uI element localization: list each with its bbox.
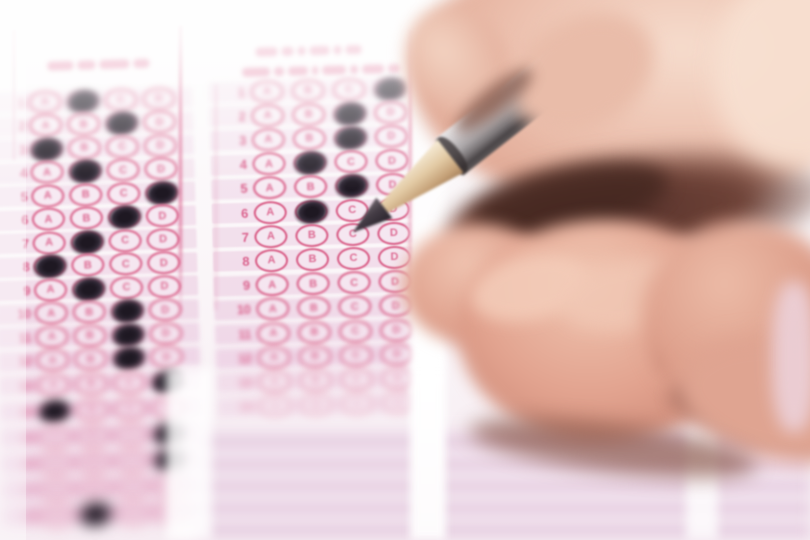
blurred-text-segment	[47, 61, 73, 71]
sheet-behind-hand	[772, 282, 810, 432]
bubble-option-b: B	[298, 344, 332, 368]
bubble-option-b: B	[73, 323, 107, 347]
row-stripe	[0, 422, 203, 448]
answer-row-middle-9: 9ABCD	[227, 268, 414, 299]
bubble-option-b: B	[300, 393, 334, 417]
pencil-mark	[33, 394, 76, 429]
bubble-option-a: A	[31, 184, 65, 208]
bubble-option-d: D	[153, 447, 187, 471]
answer-row-left-1: 1ABCD	[8, 84, 191, 115]
bubble-option-a: A	[38, 425, 72, 449]
bubble-option-c: C	[339, 319, 373, 343]
row-stripe	[217, 392, 417, 417]
hand-shadow	[466, 407, 760, 490]
bubble-option-a: A	[252, 152, 286, 176]
pencil-wood-cone	[367, 140, 464, 229]
question-number: 9	[14, 283, 30, 298]
bubble-option-b: B	[68, 159, 102, 183]
bubble-option-a: A	[255, 273, 289, 297]
question-number: 12	[229, 350, 251, 366]
bubble-option-b: B	[76, 423, 110, 447]
answer-row-left-7: 7ABCD	[12, 225, 195, 256]
answer-row-left-15: 15ABCD	[18, 419, 201, 450]
row-stripe	[215, 344, 415, 369]
bubble-option-c: C	[104, 87, 138, 111]
bubble-option-b: B	[68, 136, 102, 160]
blurred-text-segment	[77, 60, 95, 70]
blurred-header-text	[255, 41, 365, 62]
question-number: 8	[13, 259, 29, 274]
bubble-option-d: D	[380, 342, 414, 366]
bubble-option-b: B	[71, 253, 105, 277]
pencil-mark	[330, 121, 372, 155]
blurred-text-segment	[297, 46, 305, 55]
white-gutter	[166, 368, 212, 540]
row-stripe	[210, 126, 410, 151]
answer-row-left-17: 17ABCD	[20, 471, 203, 502]
blurred-text-segment	[322, 65, 346, 75]
bubble-option-b: B	[77, 449, 111, 473]
bubble-option-a: A	[36, 348, 70, 372]
bubble-option-a: A	[250, 79, 284, 103]
bubble-option-d: D	[144, 157, 178, 181]
bubble-option-a: A	[33, 254, 67, 278]
row-stripe	[0, 322, 200, 348]
bubble-option-c: C	[335, 174, 369, 198]
answer-row-middle-13: 13ABCD	[230, 365, 417, 396]
bubble-option-d: D	[378, 245, 412, 269]
bubble-option-b: B	[70, 229, 104, 253]
bubble-option-a: A	[37, 373, 71, 397]
bubble-option-c: C	[339, 343, 373, 367]
answer-row-left-16: 16ABCD	[19, 445, 202, 476]
knuckle-highlight	[465, 244, 596, 332]
bubble-option-b: B	[66, 89, 100, 113]
pencil-mark	[291, 194, 333, 228]
pencil-mark	[104, 200, 147, 235]
bubble-option-b: B	[75, 371, 109, 395]
bubble-option-c: C	[110, 299, 144, 323]
blurred-text-segment	[255, 47, 277, 57]
bubble-option-c: C	[338, 295, 372, 319]
pencil-mark	[108, 341, 151, 376]
question-number: 18	[21, 508, 37, 523]
row-stripe	[0, 370, 201, 396]
row-stripe	[0, 181, 195, 207]
blurred-text-segment	[312, 66, 318, 75]
pencil-mark	[107, 317, 150, 352]
index-fingertip	[385, 0, 530, 137]
bubble-option-a: A	[34, 301, 68, 325]
bubble-option-d: D	[148, 298, 182, 322]
bubble-option-a: A	[32, 231, 66, 255]
row-stripe	[0, 134, 194, 160]
shadow-under-fingers	[442, 127, 810, 295]
bubble-option-d: D	[373, 76, 407, 100]
bubble-option-c: C	[340, 367, 374, 391]
bubble-option-d: D	[375, 149, 409, 173]
answer-row-middle-7: 7ABCD	[226, 220, 413, 251]
blurred-text-segment	[388, 64, 400, 73]
answer-row-left-13: 13ABCD	[16, 367, 199, 398]
blurred-header-text	[242, 60, 404, 82]
answer-row-left-18: 18ABCD	[20, 497, 203, 528]
answer-row-left-6: 6ABCD	[12, 202, 195, 233]
middle-knuckle	[458, 220, 750, 442]
row-stripe	[208, 78, 408, 103]
question-number: 16	[19, 456, 35, 471]
bubble-option-a: A	[251, 103, 285, 127]
bubble-option-c: C	[114, 422, 148, 446]
pencil-mark	[62, 84, 105, 119]
question-number: 9	[227, 278, 249, 294]
row-stripe	[214, 295, 414, 320]
bubble-option-a: A	[28, 90, 62, 114]
index-knuckle	[402, 224, 554, 346]
answer-row-middle-4: 4ABCD	[224, 147, 411, 178]
question-number: 6	[226, 205, 248, 221]
bubble-option-b: B	[296, 272, 330, 296]
question-number: 1	[222, 84, 244, 100]
bubble-option-a: A	[255, 249, 289, 273]
row-stripe	[0, 275, 198, 301]
bubble-option-d: D	[377, 221, 411, 245]
hand-highlight	[712, 0, 810, 170]
bubble-option-c: C	[110, 275, 144, 299]
bubble-option-a: A	[32, 207, 66, 231]
bubble-option-c: C	[112, 370, 146, 394]
bubble-option-b: B	[291, 78, 325, 102]
answer-column-left: 1ABCD2ABCD3ABCD4ABCD5ABCD6ABCD7ABCD8ABCD…	[6, 0, 204, 540]
row-stripe	[0, 111, 193, 137]
pencil-mark	[74, 497, 117, 532]
pencil-graphite-tip	[345, 198, 393, 243]
blurred-text-segment	[242, 67, 270, 77]
bubble-option-d: D	[382, 391, 416, 415]
bubble-option-c: C	[105, 111, 139, 135]
question-number: 2	[223, 109, 245, 125]
question-number: 12	[16, 353, 32, 368]
knuckle-highlight	[555, 248, 705, 341]
question-number: 5	[11, 189, 27, 204]
bubble-option-a: A	[40, 502, 74, 526]
pencil-mark	[147, 364, 190, 399]
bubble-option-a: A	[259, 394, 293, 418]
answer-row-left-12: 12ABCD	[16, 343, 199, 374]
bubble-option-b: B	[298, 320, 332, 344]
bubble-option-b: B	[294, 175, 328, 199]
bubble-option-d: D	[146, 227, 180, 251]
row-stripe	[212, 223, 412, 248]
bubble-option-c: C	[336, 222, 370, 246]
knuckle-crease	[666, 374, 810, 461]
answer-row-middle-5: 5ABCD	[225, 171, 412, 202]
bubble-option-d: D	[376, 173, 410, 197]
answer-row-middle-14: 14ABCD	[231, 389, 418, 420]
answer-row-left-4: 4ABCD	[10, 155, 193, 186]
bubble-option-d: D	[381, 366, 415, 390]
bubble-option-c: C	[337, 246, 371, 270]
bubble-option-a: A	[257, 321, 291, 345]
bubble-option-b: B	[75, 397, 109, 421]
bubble-option-d: D	[142, 86, 176, 110]
bubble-option-c: C	[106, 158, 140, 182]
ring-knuckle	[642, 222, 810, 414]
blurred-text-segment	[288, 66, 308, 76]
bubble-option-d: D	[150, 369, 184, 393]
question-number: 14	[17, 404, 33, 419]
pencil-mark	[289, 146, 331, 180]
pencil-mark	[101, 106, 144, 141]
answer-column-middle: 1ABCD2ABCD3ABCD4ABCD5ABCD6ABCD7ABCD8ABCD…	[220, 0, 420, 540]
blurred-text-segment	[274, 67, 284, 76]
pencil-mark	[331, 169, 373, 203]
answer-row-middle-2: 2ABCD	[223, 99, 410, 130]
bubble-option-d: D	[143, 110, 177, 134]
bubble-option-c: C	[112, 346, 146, 370]
answer-row-left-14: 14ABCD	[17, 393, 200, 424]
bubble-option-a: A	[34, 278, 68, 302]
light-wash	[0, 0, 432, 190]
answer-row-middle-8: 8ABCD	[227, 244, 414, 275]
question-number: 10	[15, 306, 31, 321]
question-number: 4	[10, 165, 26, 180]
question-number: 1	[8, 95, 24, 110]
bubble-option-d: D	[147, 251, 181, 275]
answer-row-middle-11: 11ABCD	[229, 316, 416, 347]
bubble-option-c: C	[337, 271, 371, 295]
bubble-option-a: A	[257, 345, 291, 369]
bubble-option-b: B	[72, 276, 106, 300]
row-stripe	[0, 87, 193, 113]
bubble-option-c: C	[105, 134, 139, 158]
bubble-option-a: A	[253, 200, 287, 224]
row-stripe	[211, 174, 411, 199]
bubble-option-d: D	[376, 197, 410, 221]
blurred-text-segment	[99, 59, 129, 69]
pinky-finger	[667, 320, 810, 478]
bubble-option-b: B	[74, 347, 108, 371]
question-number: 10	[228, 302, 250, 318]
pencil-mark	[68, 272, 111, 307]
bubble-option-b: B	[293, 151, 327, 175]
bubble-option-b: B	[294, 199, 328, 223]
blurred-header-text	[47, 54, 153, 75]
bubble-option-d: D	[150, 345, 184, 369]
bubble-option-c: C	[108, 228, 142, 252]
bubble-option-a: A	[30, 137, 64, 161]
bubble-option-b: B	[78, 475, 112, 499]
bubble-option-c: C	[116, 474, 150, 498]
question-number: 17	[20, 482, 36, 497]
bubble-option-c: C	[113, 396, 147, 420]
row-stripe	[2, 500, 205, 526]
shadow-under-fingers	[465, 148, 674, 254]
bubble-option-d: D	[375, 124, 409, 148]
row-stripe	[216, 368, 416, 393]
knuckle-crease	[648, 216, 744, 376]
bubble-option-c: C	[115, 448, 149, 472]
bubble-option-b: B	[72, 300, 106, 324]
question-number: 3	[10, 142, 26, 157]
bubble-option-a: A	[29, 113, 63, 137]
bubble-option-d: D	[379, 294, 413, 318]
bubble-option-a: A	[252, 128, 286, 152]
pencil-mark	[148, 416, 191, 451]
column-separator-line	[409, 30, 412, 312]
white-gutter	[686, 428, 718, 540]
bubble-option-b: B	[292, 102, 326, 126]
index-finger	[491, 0, 676, 158]
row-stripe	[0, 396, 202, 422]
question-number: 11	[229, 326, 251, 342]
pencil-mark	[141, 175, 184, 210]
bubble-option-a: A	[258, 370, 292, 394]
bubble-option-b: B	[295, 223, 329, 247]
bubble-option-b: B	[67, 112, 101, 136]
hand-back	[412, 0, 810, 212]
question-number: 5	[225, 181, 247, 197]
question-number: 14	[231, 399, 253, 415]
bubble-option-c: C	[335, 198, 369, 222]
answer-row-left-9: 9ABCD	[14, 272, 197, 303]
row-stripe	[0, 228, 197, 254]
bubble-option-d: D	[154, 499, 188, 523]
bubble-option-d: D	[380, 318, 414, 342]
row-stripe	[0, 205, 196, 231]
question-number: 7	[12, 236, 28, 251]
pencil-mark	[369, 71, 411, 105]
bubble-option-b: B	[78, 501, 112, 525]
answer-row-middle-1: 1ABCD	[222, 75, 409, 106]
bubble-option-d: D	[143, 133, 177, 157]
bubble-option-c: C	[109, 252, 143, 276]
blurred-text-segment	[362, 64, 384, 74]
bubble-option-a: A	[256, 297, 290, 321]
pencil-mark	[149, 442, 192, 477]
bubble-option-b: B	[70, 206, 104, 230]
bubble-option-a: A	[254, 224, 288, 248]
bubble-option-b: B	[297, 296, 331, 320]
bubble-option-c: C	[332, 77, 366, 101]
blurred-text-segment	[345, 45, 361, 54]
question-number: 15	[18, 430, 34, 445]
row-stripe	[0, 299, 199, 325]
bubble-option-c: C	[111, 322, 145, 346]
answer-row-middle-6: 6ABCD	[225, 195, 412, 226]
answer-row-middle-3: 3ABCD	[224, 123, 411, 154]
bubble-option-c: C	[333, 101, 367, 125]
bubble-option-d: D	[151, 395, 185, 419]
blurred-text-segment	[309, 46, 329, 56]
answer-row-left-5: 5ABCD	[11, 178, 194, 209]
pencil-mark	[66, 225, 109, 260]
white-gutter	[410, 66, 446, 540]
bubble-option-d: D	[152, 421, 186, 445]
bubble-option-b: B	[293, 127, 327, 151]
row-stripe	[209, 102, 409, 127]
row-stripe	[0, 158, 195, 184]
row-stripe	[0, 252, 198, 278]
answer-row-middle-10: 10ABCD	[228, 292, 415, 323]
photo-scantron-scene: 1ABCD2ABCD3ABCD4ABCD5ABCD6ABCD7ABCD8ABCD…	[0, 0, 810, 540]
question-number: 13	[230, 375, 252, 391]
answer-row-left-8: 8ABCD	[13, 249, 196, 280]
question-number: 7	[226, 229, 248, 245]
bubble-option-d: D	[146, 204, 180, 228]
bubble-option-b: B	[296, 248, 330, 272]
row-stripe	[215, 319, 415, 344]
bubble-option-c: C	[334, 150, 368, 174]
question-number: 8	[227, 254, 249, 270]
bubble-option-c: C	[107, 181, 141, 205]
question-number: 4	[224, 157, 246, 173]
question-number: 6	[12, 212, 28, 227]
answer-row-middle-12: 12ABCD	[229, 341, 416, 372]
bubble-option-a: A	[30, 160, 64, 184]
column-separator-line	[179, 26, 182, 318]
column-separator-line	[215, 84, 217, 310]
question-number: 13	[17, 378, 33, 393]
blurred-text-segment	[350, 65, 358, 74]
pencil-mark	[26, 132, 69, 167]
bubble-option-d: D	[149, 321, 183, 345]
pencil-shaft	[435, 49, 578, 175]
question-number: 3	[224, 133, 246, 149]
bubble-option-a: A	[39, 450, 73, 474]
bubble-option-b: B	[69, 182, 103, 206]
bubble-option-c: C	[116, 500, 150, 524]
answer-row-left-10: 10ABCD	[14, 296, 197, 327]
bubble-option-c: C	[341, 392, 375, 416]
bubble-option-a: A	[40, 476, 74, 500]
pencil-mark	[329, 97, 371, 131]
pencil-collar-shadow	[431, 133, 473, 180]
bubble-option-d: D	[378, 270, 412, 294]
pencil-mark	[64, 154, 107, 189]
bubble-option-a: A	[37, 399, 71, 423]
row-stripe	[212, 198, 412, 223]
column-separator-line	[13, 30, 15, 160]
row-stripe	[210, 150, 410, 175]
blurred-text-segment	[281, 47, 293, 56]
bubble-option-d: D	[374, 100, 408, 124]
bubble-option-a: A	[253, 176, 287, 200]
pencil-mark	[29, 249, 72, 284]
finger-shadow	[449, 61, 540, 142]
bubble-option-d: D	[148, 274, 182, 298]
row-stripe	[1, 448, 204, 474]
bubble-option-a: A	[35, 325, 69, 349]
answer-row-left-11: 11ABCD	[15, 319, 198, 350]
bubble-option-b: B	[299, 369, 333, 393]
blurred-text-segment	[133, 59, 149, 68]
question-number: 2	[9, 118, 25, 133]
row-stripe	[213, 271, 413, 296]
bubble-option-d: D	[154, 473, 188, 497]
pencil-mark	[106, 294, 149, 329]
answer-row-left-2: 2ABCD	[9, 108, 192, 139]
row-stripe	[2, 474, 205, 500]
bubble-option-c: C	[108, 205, 142, 229]
blurred-text-segment	[333, 46, 341, 55]
row-stripe	[0, 346, 200, 372]
question-number: 11	[15, 330, 31, 345]
bubble-option-d: D	[145, 180, 179, 204]
blurred-sheet-rows	[196, 426, 810, 540]
bubble-option-c: C	[334, 126, 368, 150]
answer-row-left-3: 3ABCD	[9, 131, 192, 162]
